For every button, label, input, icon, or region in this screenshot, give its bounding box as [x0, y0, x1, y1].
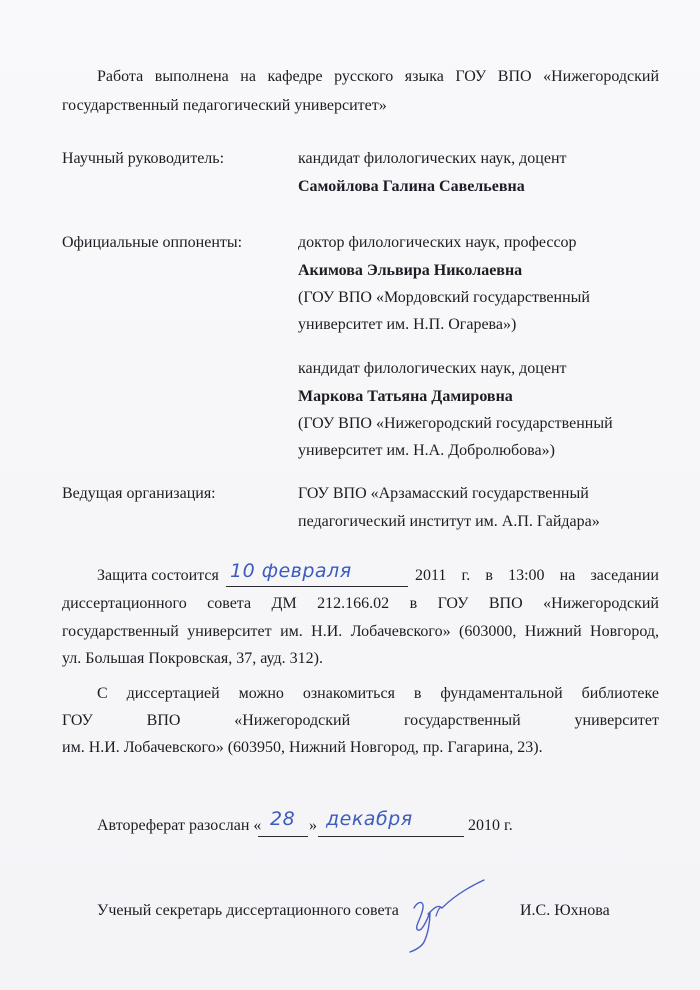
- mailing-month-line: [318, 836, 464, 837]
- defense-handwritten-date: 10 февраля: [230, 560, 352, 582]
- leading-org-label: Ведущая организация:: [62, 485, 216, 503]
- opponents-label: Официальные оппоненты:: [62, 234, 242, 252]
- leading-org-line-2: педагогический институт им. А.П. Гайдара…: [298, 513, 600, 531]
- defense-line-2: диссертационного совета ДМ 212.166.02 в …: [62, 595, 659, 613]
- library-line-3: им. Н.И. Лобачевского» (603950, Нижний Н…: [62, 739, 543, 757]
- leading-org-line-1: ГОУ ВПО «Арзамасский государственный: [298, 485, 589, 503]
- opponent-2-name: Маркова Татьяна Дамировна: [298, 388, 513, 406]
- opponent-2-affiliation-2: университет им. Н.А. Добролюбова»): [298, 442, 555, 460]
- signature-icon: [398, 878, 488, 956]
- defense-date-line: [226, 586, 408, 587]
- secretary-label: Ученый секретарь диссертационного совета: [97, 902, 399, 920]
- mailing-quote-close: »: [309, 817, 317, 835]
- defense-prefix: Защита состоится: [97, 567, 219, 585]
- supervisor-label: Научный руководитель:: [62, 150, 224, 168]
- mailing-suffix: 2010 г.: [468, 817, 513, 835]
- supervisor-name: Самойлова Галина Савельевна: [298, 178, 525, 196]
- supervisor-title: кандидат филологических наук, доцент: [298, 150, 567, 168]
- library-line-2: ГОУ ВПО «Нижегородский государственный у…: [62, 712, 659, 730]
- document-page: Работа выполнена на кафедре русского язы…: [0, 0, 700, 990]
- secretary-name: И.С. Юхнова: [520, 902, 610, 920]
- mailing-prefix: Автореферат разослан «: [97, 817, 261, 835]
- opponent-1-title: доктор филологических наук, профессор: [298, 234, 577, 252]
- opponent-2-affiliation-1: (ГОУ ВПО «Нижегородский государственный: [298, 415, 613, 433]
- opponent-1-affiliation-1: (ГОУ ВПО «Мордовский государственный: [298, 289, 590, 307]
- defense-suffix: 2011 г. в 13:00 на заседании: [415, 567, 659, 585]
- intro-line-1: Работа выполнена на кафедре русского язы…: [97, 68, 659, 86]
- opponent-1-name: Акимова Эльвира Николаевна: [298, 262, 522, 280]
- mailing-day-line: [258, 836, 308, 837]
- mailing-handwritten-day: 28: [270, 808, 295, 830]
- opponent-1-affiliation-2: университет им. Н.П. Огарева»): [298, 316, 516, 334]
- intro-line-2: государственный педагогический университ…: [62, 97, 387, 115]
- opponent-2-title: кандидат филологических наук, доцент: [298, 360, 567, 378]
- library-line-1: С диссертацией можно ознакомиться в фунд…: [97, 685, 659, 703]
- defense-line-4: ул. Большая Покровская, 37, ауд. 312).: [62, 650, 323, 668]
- mailing-handwritten-month: декабря: [326, 808, 413, 830]
- defense-line-3: государственный университет им. Н.И. Лоб…: [62, 623, 659, 641]
